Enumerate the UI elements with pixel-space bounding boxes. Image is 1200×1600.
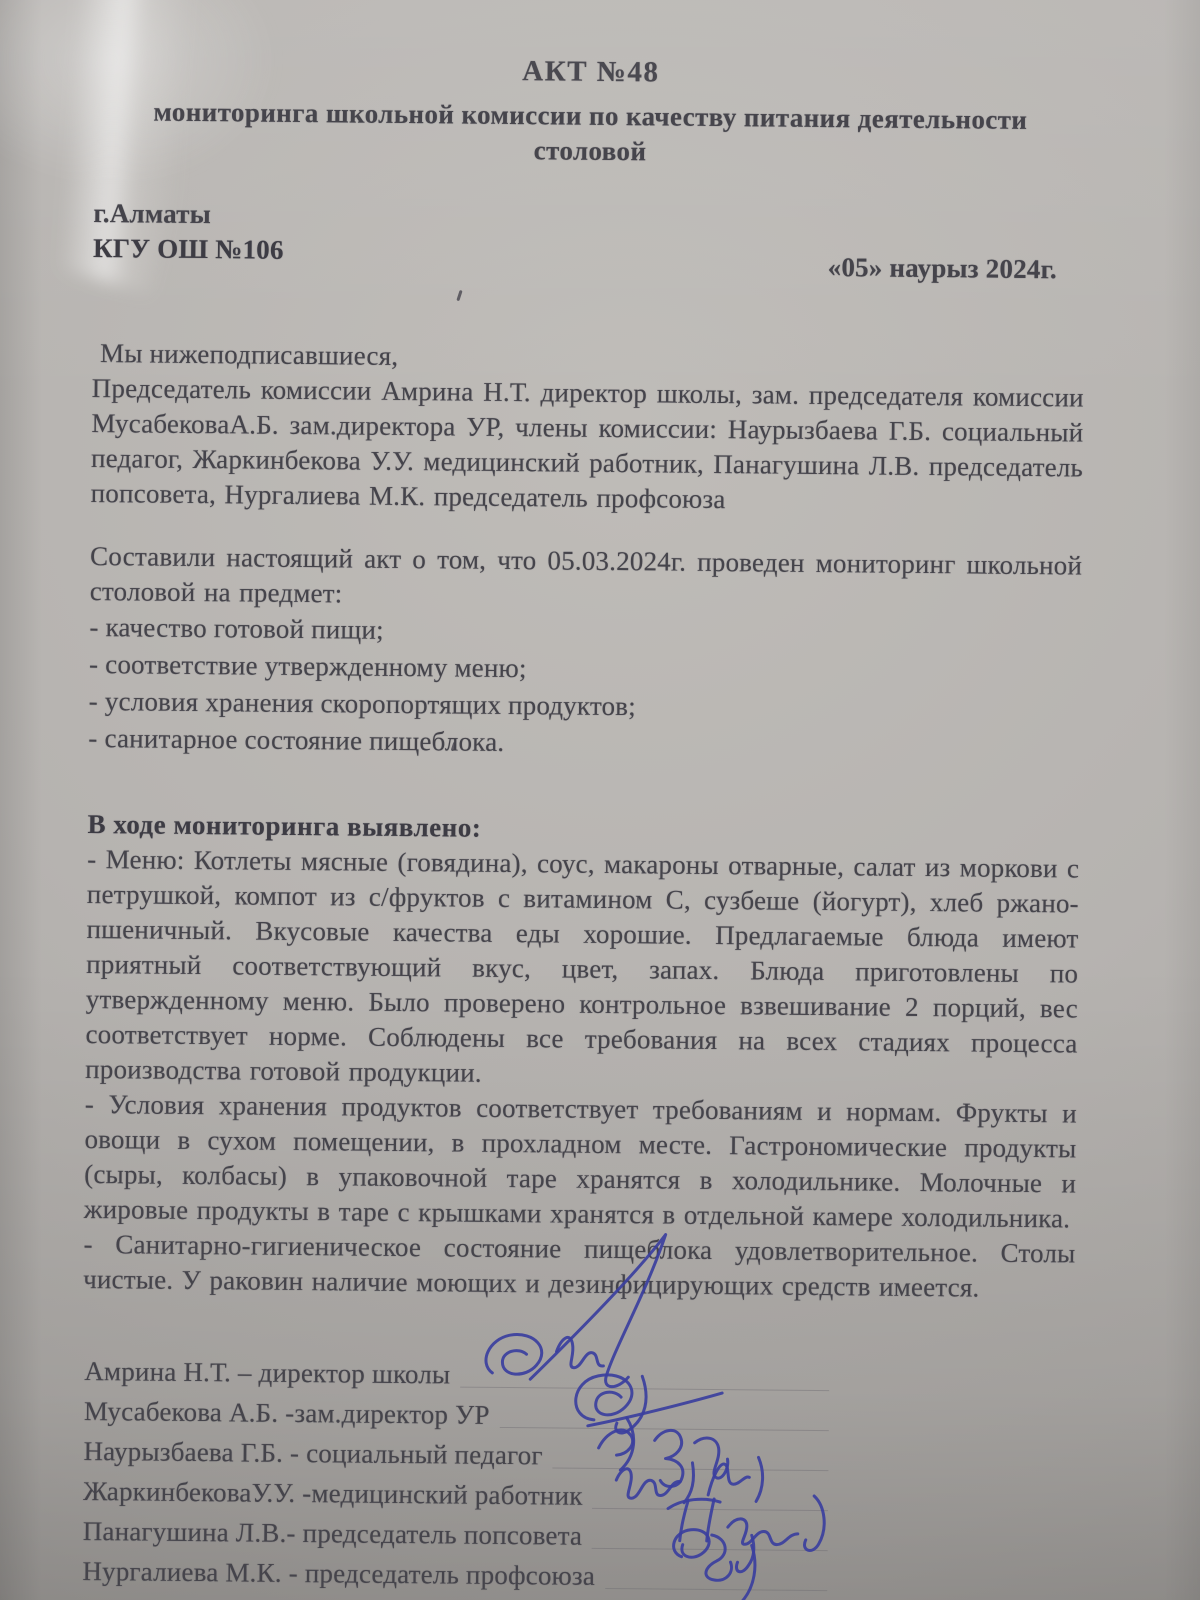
place-date-block: г.Алматы КГУ ОШ №106 «05» наурыз 2024г. xyxy=(93,196,1086,288)
school-date-row: КГУ ОШ №106 «05» наурыз 2024г. xyxy=(93,231,1085,288)
signatory-label: Мусабекова А.Б. -зам.директор УР xyxy=(84,1394,490,1433)
signature-line xyxy=(605,1558,828,1591)
signatory-label: Амрина Н.Т. – директор школы xyxy=(84,1354,450,1393)
school-name: КГУ ОШ №106 xyxy=(93,231,284,268)
monitoring-subjects-list: - качество готовой пищи; - соответствие … xyxy=(88,609,1081,767)
document-body: АКТ №48 мониторинга школьной комиссии по… xyxy=(80,50,1087,1598)
document-subtitle: мониторинга школьной комиссии по качеств… xyxy=(94,94,1087,174)
handwritten-signature-icon xyxy=(655,1520,806,1600)
finding-storage-paragraph: - Условия хранения продуктов соответству… xyxy=(84,1087,1077,1237)
signatory-label: Панагушина Л.В.- председатель попсовета xyxy=(83,1514,583,1554)
signatory-label: Наурызбаева Г.Б. - социальный педагог xyxy=(83,1434,542,1473)
act-paragraph: Составили настоящий акт о том, что 05.03… xyxy=(90,539,1083,619)
signature-block: Амрина Н.Т. – директор школы Мусабекова … xyxy=(82,1349,829,1596)
document-date: «05» наурыз 2024г. xyxy=(828,250,1086,287)
scanned-document-page: АКТ №48 мониторинга школьной комиссии по… xyxy=(0,0,1200,1600)
document-title: АКТ №48 xyxy=(95,50,1087,95)
signatory-label: ЖаркинбековаУ.У. -медицинский работник xyxy=(83,1474,583,1514)
finding-menu-paragraph: - Меню: Котлеты мясные (говядина), соус,… xyxy=(85,842,1079,1097)
commission-paragraph: Председатель комиссии Амрина Н.Т. директ… xyxy=(91,371,1084,521)
signature-row: Нургалиева М.К. - председатель профсоюза xyxy=(82,1549,827,1596)
signatory-label: Нургалиева М.К. - председатель профсоюза xyxy=(82,1554,595,1594)
